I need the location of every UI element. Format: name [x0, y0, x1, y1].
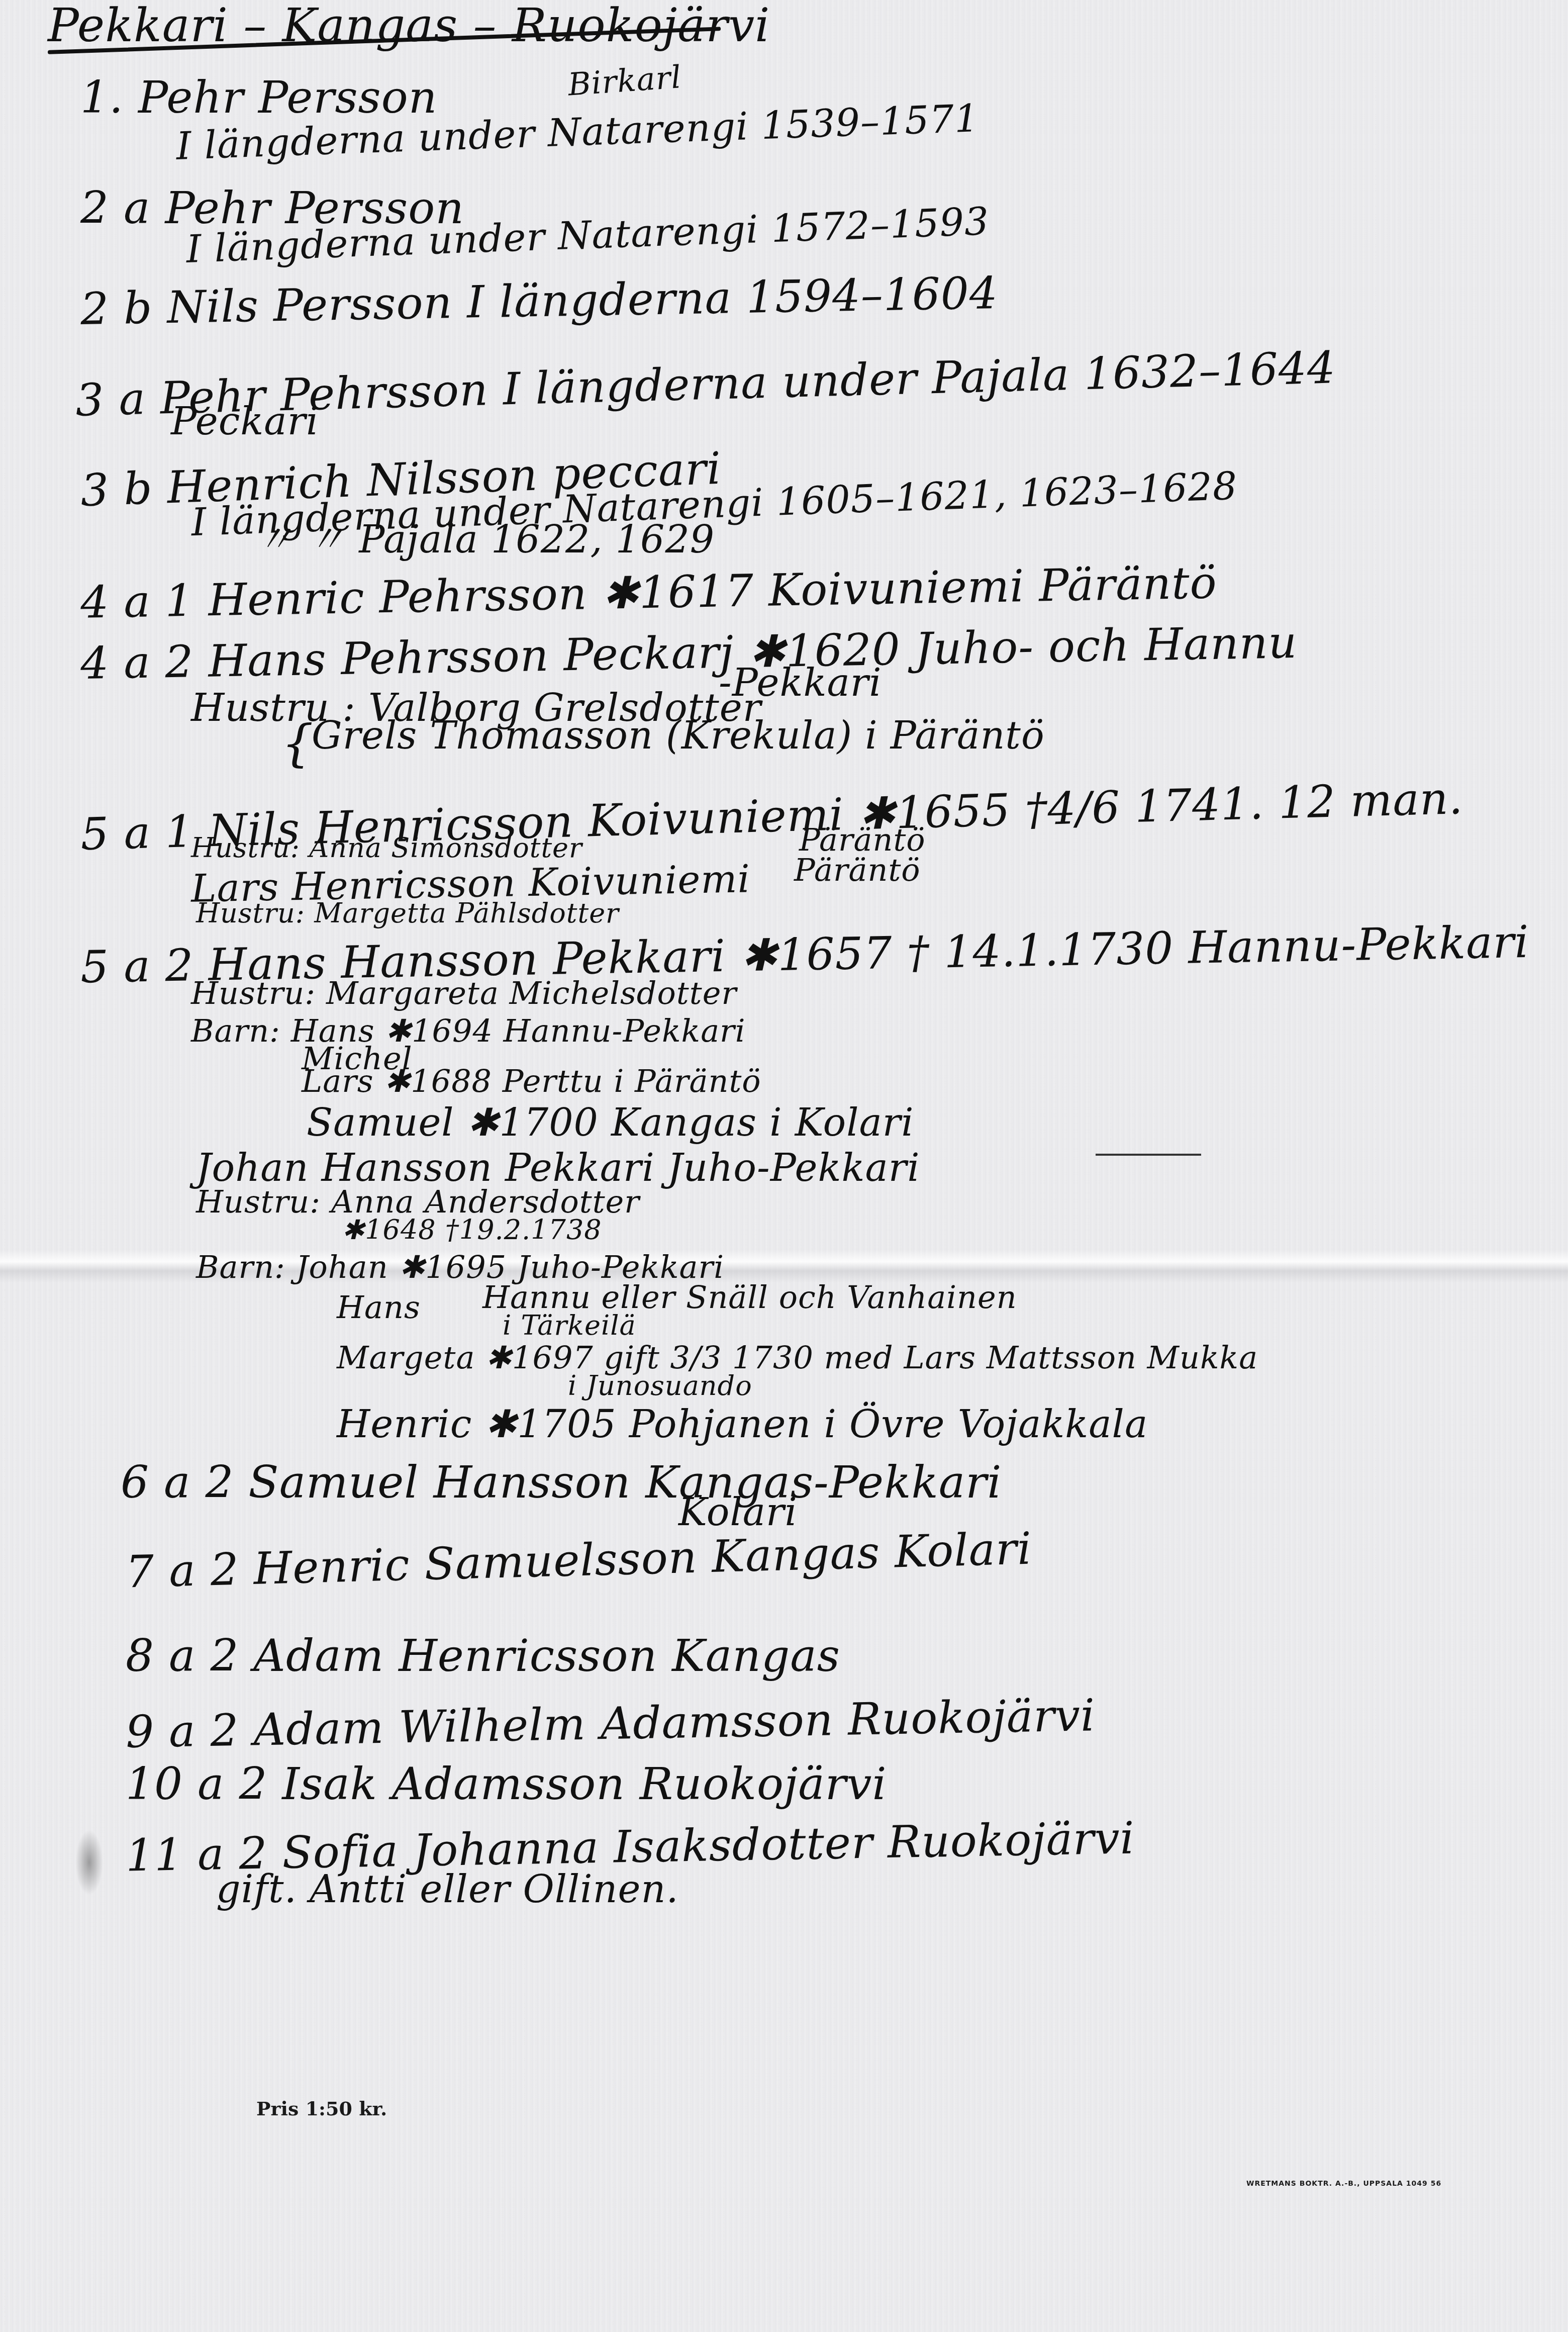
page-title: Pekkari – Kangas – Ruokojärvi: [48, 3, 770, 49]
entry-5a2-johan-wife-dates: ✱1648 †19.2.1738: [342, 1217, 602, 1244]
entry-5a1-place: Päräntö: [799, 824, 926, 856]
entry-5a2-child-lars: Lars ✱1688 Perttu i Päräntö: [302, 1066, 761, 1097]
entry-5a1-brother-wife: Hustru: Margetta Pählsdotter: [196, 900, 619, 927]
entry-5a2-child-henric: Henric ✱1705 Pohjanen i Övre Vojakkala: [337, 1405, 1148, 1443]
brace-mark: {: [281, 714, 314, 773]
entry-5a1-wife: Hustru: Anna Simonsdotter: [191, 834, 582, 862]
price-label: Pris 1:50 kr.: [256, 2097, 387, 2120]
entry-5a2-johan: Johan Hansson Pekkari Juho-Pekkari: [196, 1149, 920, 1187]
entry-3a-alias: Peckari: [171, 402, 319, 440]
entry-5a1-brother-place: Päräntö: [794, 855, 921, 886]
entry-11a2-married: gift. Antti eller Ollinen.: [216, 1870, 679, 1908]
entry-5a2-child-hans: Barn: Hans ✱1694 Hannu-Pekkari: [191, 1015, 746, 1047]
entry-3b-detail-2: 〃 〃 Pajala 1622, 1629: [256, 520, 715, 558]
entry-5a2-hans-note: Hannu eller Snäll och Vanhainen: [482, 1282, 1017, 1313]
entry-5a2-johan-child-johan: Barn: Johan ✱1695 Juho-Pekkari: [196, 1252, 724, 1283]
entry-5a2-johan-child-hans: Hans: [337, 1292, 421, 1323]
entry-5a2-child-margeta: Margeta ✱1697 gift 3/3 1730 med Lars Mat…: [337, 1342, 1258, 1373]
entry-6a2-name: 6 a 2 Samuel Hansson Kangas-Pekkari: [121, 1460, 1002, 1505]
dash-mark: [1096, 1154, 1201, 1156]
entry-5a2-margeta-place: i Junosuando: [568, 1372, 752, 1400]
entry-10a2: 10 a 2 Isak Adamsson Ruokojärvi: [126, 1762, 887, 1806]
entry-1-name: 1. Pehr Persson: [80, 75, 437, 120]
entry-5a2-hans-place: i Tärkeilä: [503, 1312, 636, 1339]
entry-6a2-place: Kolari: [678, 1493, 798, 1531]
entry-5a2-wife: Hustru: Margareta Michelsdotter: [191, 978, 737, 1009]
entry-5a2-johan-wife: Hustru: Anna Andersdotter: [196, 1186, 640, 1218]
ink-smudge: [75, 1830, 103, 1895]
entry-4a2-wife-father: Grels Thomasson (Krekula) i Päräntö: [312, 716, 1045, 755]
printer-imprint: WRETMANS BOKTR. A.-B., UPPSALA 1049 56: [1246, 2180, 1441, 2188]
entry-8a2: 8 a 2 Adam Henricsson Kangas: [126, 1634, 840, 1678]
entry-1-note: Birkarl: [567, 61, 682, 101]
entry-5a2-child-samuel: Samuel ✱1700 Kangas i Kolari: [307, 1103, 914, 1142]
